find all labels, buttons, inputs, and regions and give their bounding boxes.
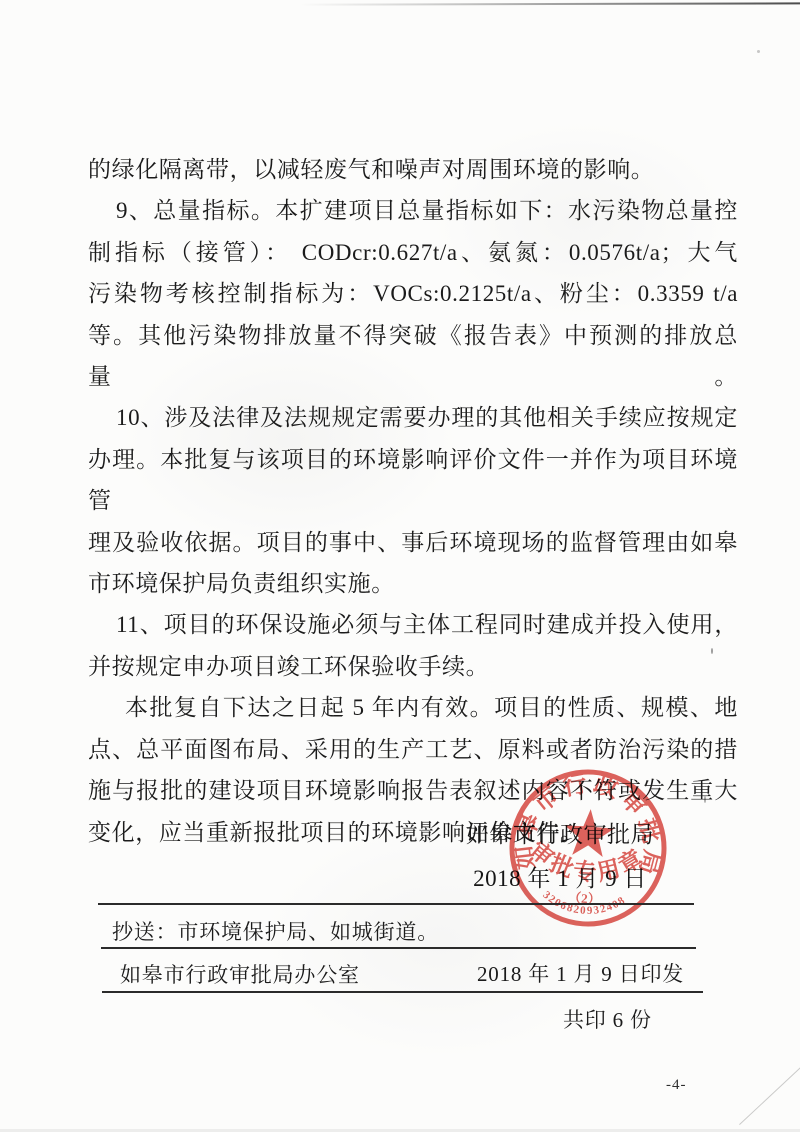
footer-divider [101,947,696,949]
signature-issuer: 如皋市行政审批局 [420,816,700,849]
cc-line: 抄送：市环境保护局、如城街道。 [112,916,439,946]
body-line: 的绿化隔离带，以减轻废气和噪声对周围环境的影响。 [88,149,738,190]
issuing-office: 如皋市行政审批局办公室 [120,959,360,989]
print-date: 2018 年 1 月 9 日印发 [477,958,684,988]
scan-speck [757,50,760,53]
body-line: 制指标（接管）： CODcr:0.627t/a、氨氮：0.0576t/a；大气 [88,232,738,273]
page-number: -4- [666,1077,687,1094]
scan-scratch [739,1056,800,1125]
body-line: 点、总平面图布局、采用的生产工艺、原料或者防治污染的措 [88,729,738,770]
scanned-document-page: 的绿化隔离带，以减轻废气和噪声对周围环境的影响。 9、总量指标。本扩建项目总量指… [0,0,800,1132]
body-line: 10、涉及法律及法规规定需要办理的其他相关手续应按规定 [88,397,738,438]
body-line: 等。其他污染物排放量不得突破《报告表》中预测的排放总量。 [88,315,738,398]
signature-date: 2018 年 1 月 9 日 [420,860,700,893]
body-line: 11、项目的环保设施必须与主体工程同时建成并投入使用， [88,604,738,645]
body-line: 办理。本批复与该项目的环境影响评价文件一并作为项目环境管 [88,439,738,522]
body-line: 9、总量指标。本扩建项目总量指标如下：水污染物总量控 [88,190,738,231]
copies-count: 共印 6 份 [563,1004,652,1034]
body-line: 理及验收依据。项目的事中、事后环境现场的监督管理由如皋 [88,522,738,563]
body-line: 并按规定申办项目竣工环保验收手续。 [88,646,738,687]
footer-divider [102,991,703,993]
body-line: 市环境保护局负责组织实施。 [88,563,738,604]
body-line: 施与报批的建设项目环境影响报告表叙述内容不符或发生重大 [88,770,738,811]
body-line: 本批复自下达之日起 5 年内有效。项目的性质、规模、地 [88,687,738,728]
scan-edge-line [300,2,800,5]
footer-divider [98,903,694,905]
body-line: 污染物考核控制指标为：VOCs:0.2125t/a、粉尘：0.3359 t/a [88,273,738,314]
document-body: 的绿化隔离带，以减轻废气和噪声对周围环境的影响。 9、总量指标。本扩建项目总量指… [88,149,738,853]
